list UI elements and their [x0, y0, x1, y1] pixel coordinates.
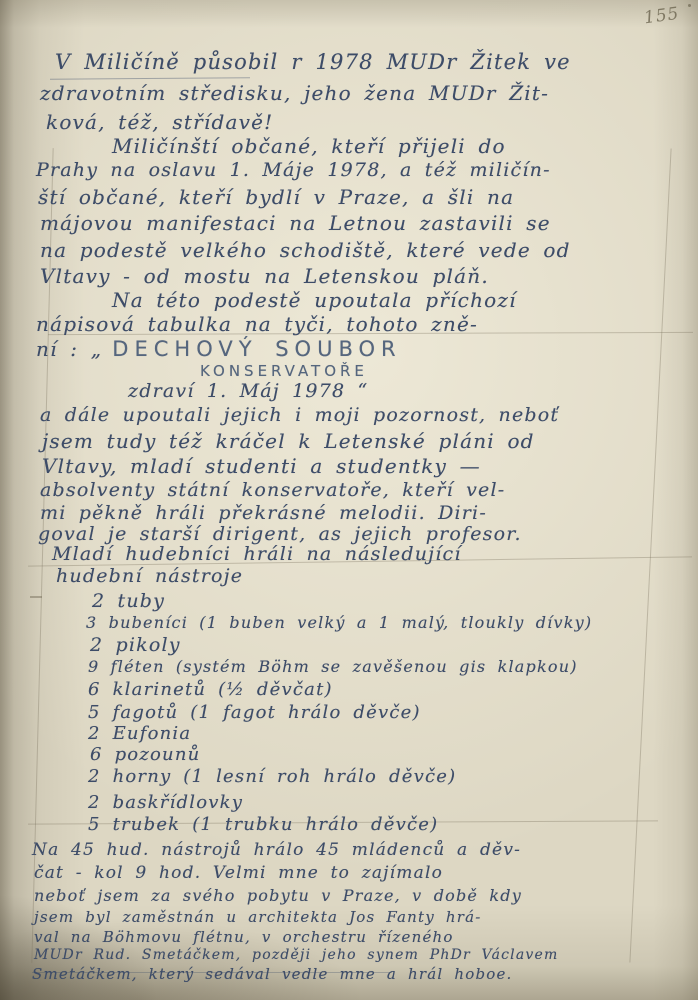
p4-line: Mladí hudebníci hráli na následující — [52, 543, 462, 565]
sign-title-dechovy-soubor: DECHOVÝ SOUBOR — [112, 337, 401, 361]
closing-line: neboť jsem za svého pobytu v Praze, v do… — [34, 886, 522, 905]
p4-line: jsem tudy též kráčel k Letenské pláni od — [42, 429, 535, 453]
p2-line: Vltavy - od mostu na Letenskou pláň. — [40, 264, 489, 288]
p2-line: Prahy na oslavu 1. Máje 1978, a též mili… — [36, 159, 551, 181]
instrument-item: 5 trubek (1 trubku hrálo děvče) — [88, 814, 438, 835]
closing-line: čat - kol 9 hod. Velmi mne to zajímalo — [34, 863, 443, 883]
p2-line: ští občané, kteří bydlí v Praze, a šli n… — [38, 185, 514, 209]
closing-line: Na 45 hud. nástrojů hrálo 45 mládenců a … — [32, 840, 521, 860]
p4-line: absolventy státní konservatoře, kteří ve… — [40, 479, 505, 501]
p1-line: V Miličíně působil r 1978 MUDr Žitek ve — [55, 50, 571, 74]
pencil-dot-mark — [688, 4, 691, 7]
instrument-item: 3 bubeníci (1 buben velký a 1 malý, tlou… — [86, 613, 592, 632]
p2-line: májovou manifestaci na Letnou zastavili … — [40, 211, 551, 235]
p4-line: mi pěkně hráli překrásné melodii. Diri- — [40, 502, 487, 524]
p4-line: Vltavy, mladí studenti a studentky — — [42, 454, 481, 478]
page-number: 155 — [643, 4, 681, 29]
p2-line: Miličínští občané, kteří přijeli do — [112, 134, 506, 158]
underline-first-line — [50, 77, 250, 79]
instrument-item: 6 pozounů — [90, 744, 200, 765]
margin-dash-mark — [30, 596, 42, 598]
p3-line: nápisová tabulka na tyči, tohoto zně- — [36, 312, 478, 336]
closing-line: jsem byl zaměstnán u architekta Jos Fant… — [34, 908, 482, 926]
instrument-item: 5 fagotů (1 fagot hrálo děvče) — [88, 702, 421, 723]
sign-intro-text: ní : „ — [36, 337, 102, 361]
p4-line: goval je starší dirigent, as jejich prof… — [38, 523, 522, 545]
closing-line: MUDr Rud. Smetáčkem, později jeho synem … — [34, 947, 558, 963]
instrument-item: 2 tuby — [92, 590, 165, 612]
p1-line: zdravotním středisku, jeho žena MUDr Žit… — [40, 81, 549, 105]
manuscript-page: 155 V Miličíně působil r 1978 MUDr Žitek… — [0, 0, 698, 1000]
closing-line: val na Böhmovu flétnu, v orchestru řízen… — [34, 928, 454, 946]
sign-line-1: ní : „DECHOVÝ SOUBOR — [36, 337, 402, 361]
instrument-item: 2 horny (1 lesní roh hrálo děvče) — [88, 766, 456, 787]
p4-line: hudební nástroje — [56, 565, 243, 587]
sign-line-3-zdravi: zdraví 1. Máj 1978 “ — [128, 380, 368, 402]
sign-line-2-konservatore: KONSERVATOŘE — [200, 362, 368, 380]
right-margin-rule — [629, 148, 671, 962]
p4-line: a dále upoutali jejich i moji pozornost,… — [40, 404, 559, 426]
instrument-item: 2 baskřídlovky — [88, 792, 243, 813]
p3-line: Na této podestě upoutala příchozí — [112, 288, 517, 312]
instrument-item: 2 Eufonia — [88, 723, 191, 744]
closing-line: Smetáčkem, který sedával vedle mne a hrá… — [32, 965, 513, 983]
p2-line: na podestě velkého schodiště, které vede… — [40, 238, 571, 262]
p1-line: ková, též, střídavě! — [46, 110, 273, 134]
instrument-item: 9 fléten (systém Böhm se zavěšenou gis k… — [88, 657, 578, 676]
instrument-item: 6 klarinetů (½ děvčat) — [88, 679, 333, 700]
instrument-item: 2 pikoly — [90, 634, 181, 656]
